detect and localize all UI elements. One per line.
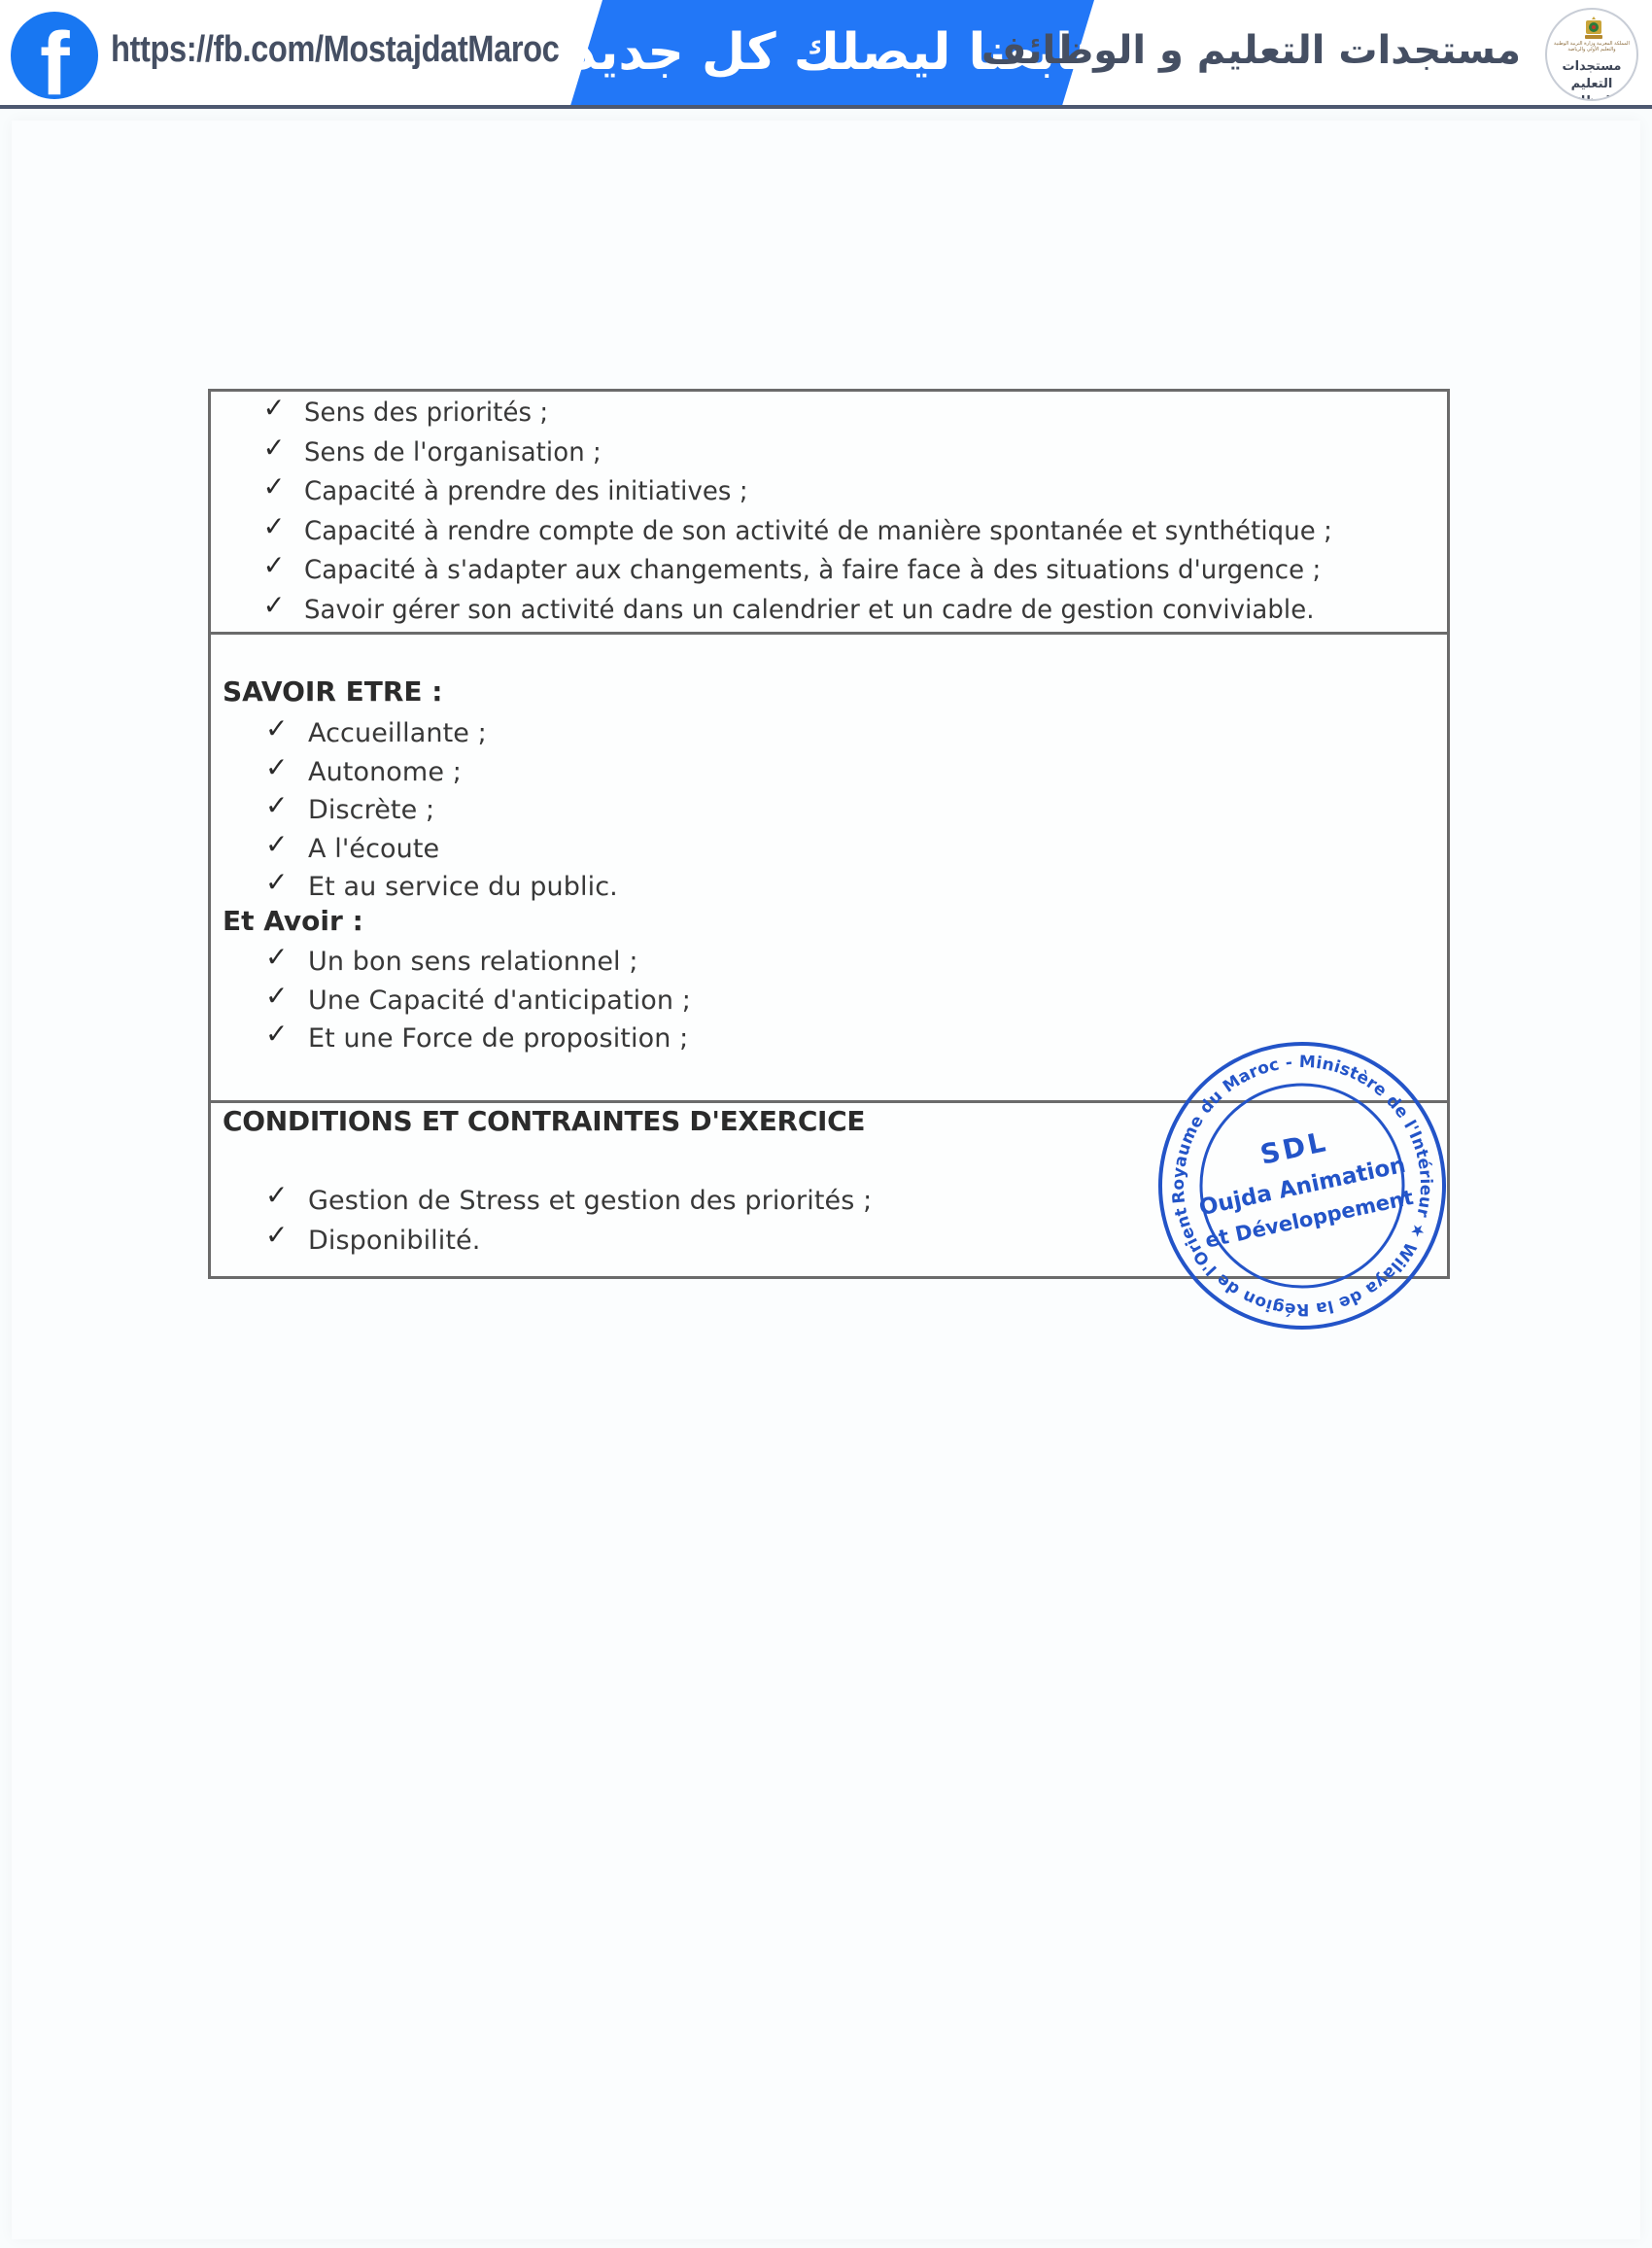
list-item: ✓Disponibilité. bbox=[211, 1221, 872, 1261]
savoir-etre-row: SAVOIR ETRE : ✓Accueillante ; ✓Autonome … bbox=[211, 632, 1447, 1100]
checkmark-icon: ✓ bbox=[265, 751, 289, 783]
checkmark-icon: ✓ bbox=[263, 470, 286, 502]
list-item: ✓Et au service du public. bbox=[211, 868, 618, 907]
checkmark-icon: ✓ bbox=[265, 1018, 289, 1050]
list-item: ✓Un bon sens relationnel ; bbox=[211, 943, 691, 982]
checkmark-icon: ✓ bbox=[265, 1179, 289, 1211]
savoir-etre-heading: SAVOIR ETRE : bbox=[223, 675, 443, 708]
list-item: ✓Et une Force de proposition ; bbox=[211, 1020, 691, 1058]
list-item: ✓Une Capacité d'anticipation ; bbox=[211, 982, 691, 1020]
checkmark-icon: ✓ bbox=[263, 392, 286, 424]
site-logo[interactable]: المملكة المغربية وزارة التربية الوطنية و… bbox=[1545, 8, 1638, 101]
checkmark-icon: ✓ bbox=[265, 712, 289, 744]
list-item: ✓Capacité à rendre compte de son activit… bbox=[211, 512, 1332, 552]
list-item: ✓Autonome ; bbox=[211, 753, 618, 792]
checkmark-icon: ✓ bbox=[265, 789, 289, 821]
checkmark-icon: ✓ bbox=[265, 941, 289, 973]
competences-list: ✓Sens des priorités ; ✓Sens de l'organis… bbox=[211, 394, 1379, 630]
stamp-line-sdl: SDL bbox=[1257, 1125, 1331, 1171]
list-item: ✓Capacité à s'adapter aux changements, à… bbox=[211, 551, 1332, 591]
list-item: ✓Accueillante ; bbox=[211, 714, 618, 753]
checkmark-icon: ✓ bbox=[265, 980, 289, 1012]
list-item: ✓Discrète ; bbox=[211, 791, 618, 830]
conditions-heading: CONDITIONS ET CONTRAINTES D'EXERCICE bbox=[223, 1105, 865, 1137]
logo-text: مستجدات التعليم والوظائف bbox=[1549, 58, 1635, 101]
moroccan-emblem-icon bbox=[1582, 16, 1605, 41]
banner-divider bbox=[0, 105, 1652, 109]
competences-row: ✓Sens des priorités ; ✓Sens de l'organis… bbox=[211, 392, 1447, 632]
list-item: ✓Sens de l'organisation ; bbox=[211, 433, 1332, 473]
checkmark-icon: ✓ bbox=[263, 510, 286, 542]
site-title: مستجدات التعليم و الوظائف bbox=[981, 21, 1521, 80]
et-avoir-list: ✓Un bon sens relationnel ; ✓Une Capacité… bbox=[211, 943, 691, 1058]
checkmark-icon: ✓ bbox=[265, 1219, 289, 1251]
checkmark-icon: ✓ bbox=[265, 866, 289, 898]
list-item: ✓Sens des priorités ; bbox=[211, 394, 1332, 433]
list-item: ✓Savoir gérer son activité dans un calen… bbox=[211, 591, 1332, 631]
list-item: ✓Gestion de Stress et gestion des priori… bbox=[211, 1181, 872, 1221]
checkmark-icon: ✓ bbox=[263, 432, 286, 464]
official-stamp: Royaume du Maroc - Ministère de l'Intéri… bbox=[1154, 1038, 1450, 1333]
logo-ministry-text: المملكة المغربية وزارة التربية الوطنية و… bbox=[1547, 41, 1636, 52]
list-item: ✓A l'écoute bbox=[211, 830, 618, 869]
checkmark-icon: ✓ bbox=[263, 589, 286, 621]
conditions-list: ✓Gestion de Stress et gestion des priori… bbox=[211, 1181, 872, 1261]
list-item: ✓Capacité à prendre des initiatives ; bbox=[211, 472, 1332, 512]
facebook-icon[interactable]: f bbox=[11, 12, 98, 99]
checkmark-icon: ✓ bbox=[265, 828, 289, 860]
checkmark-icon: ✓ bbox=[263, 549, 286, 581]
facebook-url-link[interactable]: https://fb.com/MostajdatMaroc bbox=[111, 29, 559, 71]
header-banner: f https://fb.com/MostajdatMaroc تابعنا ل… bbox=[0, 0, 1652, 109]
et-avoir-heading: Et Avoir : bbox=[223, 905, 363, 937]
savoir-etre-list: ✓Accueillante ; ✓Autonome ; ✓Discrète ; … bbox=[211, 714, 618, 907]
